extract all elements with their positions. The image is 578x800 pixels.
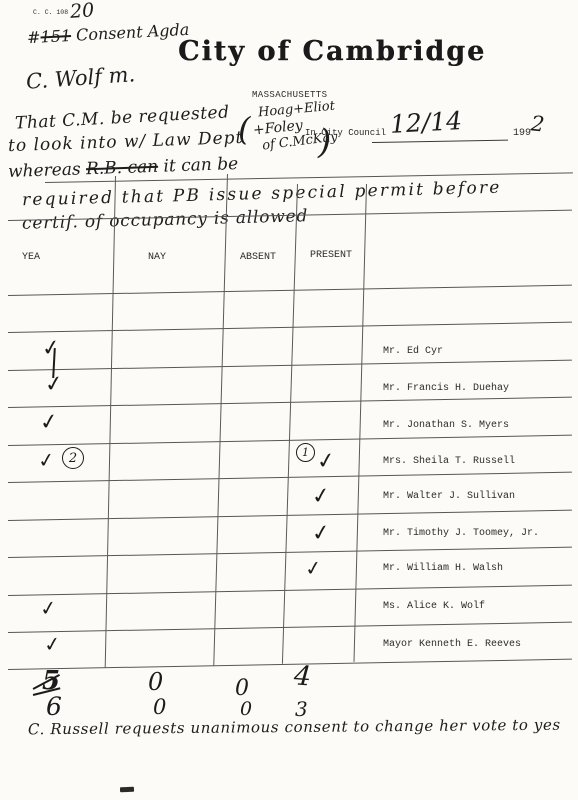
councillor-name: Mr. Ed Cyr	[383, 346, 443, 357]
table-horizontal-line	[8, 322, 572, 334]
yea-checkmark: ✓	[39, 411, 60, 435]
council-date-handwritten: 12/14	[389, 106, 462, 139]
table-vertical-line	[282, 184, 298, 664]
page-title: City of Cambridge	[178, 36, 418, 67]
table-horizontal-line	[8, 472, 572, 484]
councillor-name: Mrs. Sheila T. Russell	[383, 456, 515, 467]
yea-checkmark: ✓	[41, 337, 62, 361]
footnote-handwritten: C. Russell requests unanimous consent to…	[28, 716, 561, 739]
councillor-name: Mr. William H. Walsh	[383, 563, 503, 574]
present-checkmark: ✓	[316, 450, 337, 474]
table-horizontal-line	[8, 360, 572, 372]
date-underline	[372, 140, 508, 144]
councillor-name: Mr. Jonathan S. Myers	[383, 420, 509, 431]
motion-line-4: required that PB issue special permit be…	[22, 178, 502, 211]
yea-checkmark: ✓	[44, 373, 65, 397]
mover-handwritten: C. Wolf m.	[25, 62, 136, 94]
tally-nay-revised: 0	[153, 697, 166, 718]
councillor-name: Ms. Alice K. Wolf	[383, 601, 485, 612]
in-city-council-label: In City Council	[305, 128, 386, 138]
table-horizontal-line	[8, 585, 572, 597]
column-header-absent: ABSENT	[240, 252, 276, 263]
yea-checkmark: ✓	[39, 597, 58, 619]
vote-order-circled-number: 2	[62, 447, 84, 469]
tally-present-revised: 3	[295, 699, 308, 719]
scanned-vote-sheet: C. C. 108 20 #151 Consent Agda City of C…	[0, 0, 578, 800]
consent-agenda-note: #151 Consent Agda	[27, 20, 190, 47]
column-header-present: PRESENT	[310, 250, 352, 261]
motion-line-3-struck: R.B. can	[86, 157, 159, 180]
vote-order-circled-number: 1	[296, 443, 315, 462]
councillor-name: Mr. Walter J. Sullivan	[383, 491, 515, 502]
yea-checkmark: ✓	[37, 449, 56, 471]
table-horizontal-line	[8, 547, 572, 559]
column-header-nay: NAY	[148, 252, 166, 263]
file-reference: C. C. 108	[33, 9, 68, 16]
table-horizontal-line	[8, 659, 572, 671]
motion-line-3: whereas R.B. can it can be	[8, 154, 239, 182]
yea-checkmark: ✓	[43, 633, 62, 655]
table-vertical-line	[353, 184, 367, 662]
ink-smudge	[120, 787, 134, 792]
state-label: MASSACHUSETTS	[252, 90, 327, 100]
present-checkmark: ✓	[311, 485, 332, 509]
councillor-name: Mayor Kenneth E. Reeves	[383, 639, 521, 650]
year-typed: 199	[513, 128, 531, 139]
present-checkmark: ✓	[311, 522, 332, 546]
column-header-yea: YEA	[22, 252, 40, 263]
table-horizontal-line	[8, 285, 572, 297]
councillor-name: Mr. Francis H. Duehay	[383, 383, 509, 394]
file-number-handwritten: 20	[69, 0, 95, 23]
tally-absent-revised: 0	[240, 700, 252, 719]
consent-label: Consent Agda	[76, 20, 190, 45]
consent-struck-number: 151	[40, 26, 71, 47]
motion-line-3a: whereas	[8, 159, 81, 182]
present-checkmark: ✓	[304, 557, 323, 579]
councillor-name: Mr. Timothy J. Toomey, Jr.	[383, 528, 539, 539]
table-horizontal-line	[8, 510, 572, 522]
tally-nay-first: 0	[148, 670, 163, 694]
tally-absent-first: 0	[235, 678, 249, 700]
table-horizontal-line	[8, 622, 572, 634]
tally-yea-revised: 6	[46, 694, 62, 719]
year-handwritten: 2	[530, 111, 546, 136]
tally-present-first: 4	[293, 662, 312, 690]
paren-open: (	[238, 110, 250, 148]
